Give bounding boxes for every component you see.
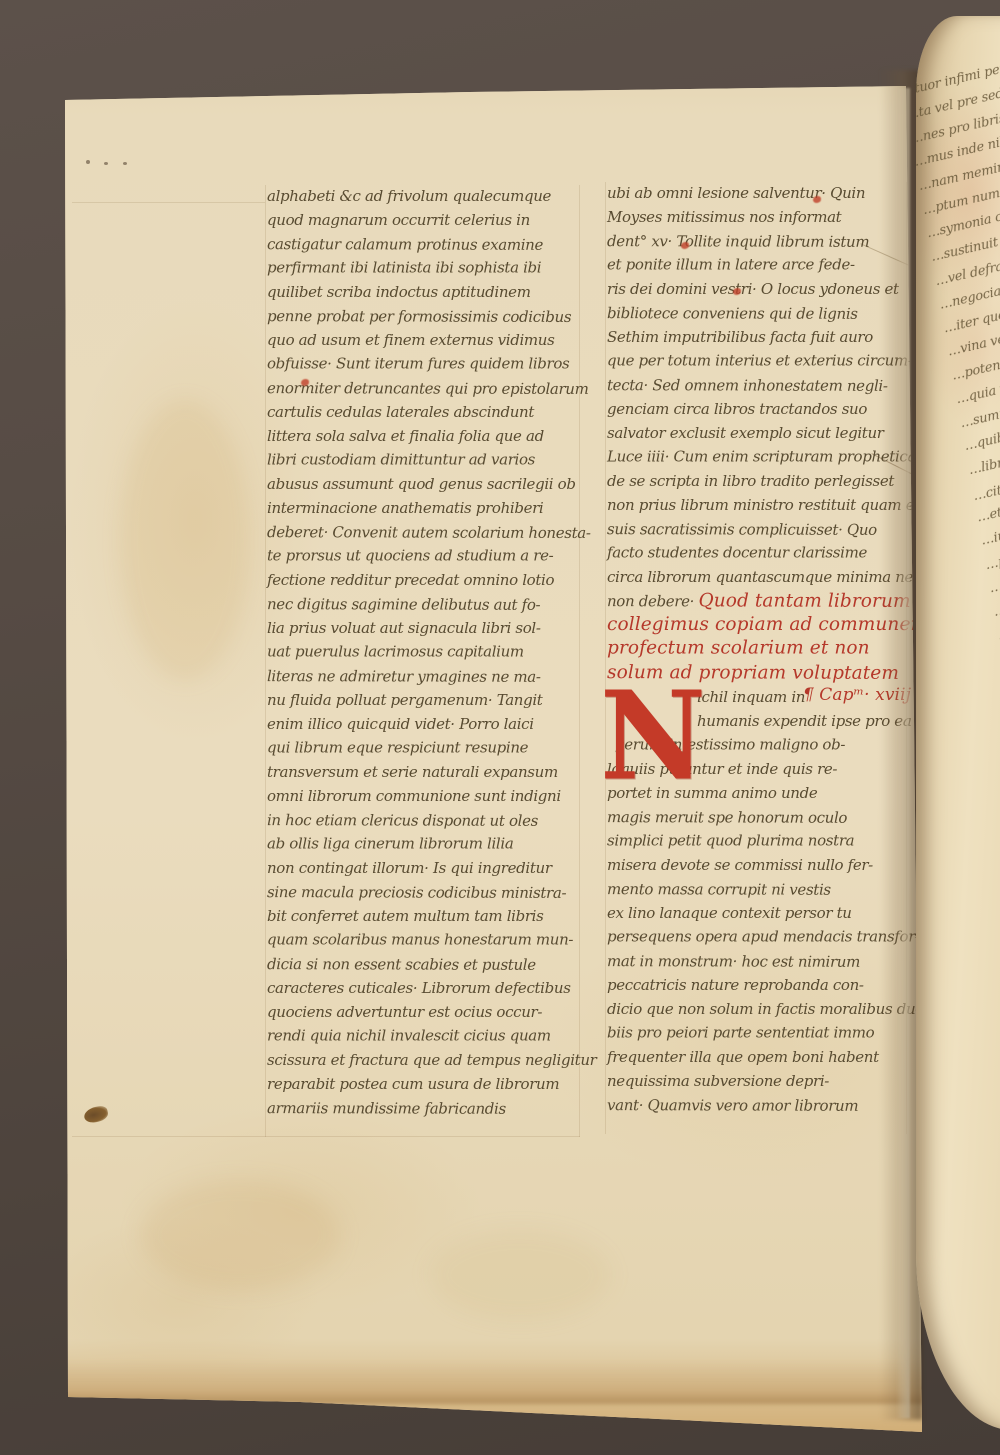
text-line: enormiter detruncantes qui pro epistolar…: [267, 376, 581, 401]
text-line: de se scripta in libro tradito perlegiss…: [607, 469, 909, 493]
manuscript-leaf: alphabeti &c ad frivolum qualecumquequod…: [0, 0, 1000, 1455]
rubric-text: profectum scolarium et non: [607, 638, 870, 659]
text-line: caracteres cuticales· Librorum defectibu…: [267, 976, 581, 1000]
text-line: cartulis cedulas laterales abscindunt: [267, 400, 581, 424]
text-line: reparabit postea cum usura de librorum: [267, 1072, 581, 1096]
text-line: lia prius voluat aut signacula libri sol…: [267, 616, 581, 640]
rubric-text: Quod tantam librorum: [698, 590, 910, 612]
text-line: non debere· Quod tantam librorum: [607, 589, 909, 614]
text-line: misera devote se commissi nullo fer-: [607, 853, 909, 877]
text-line: enim illico quicquid videt· Porro laici: [267, 712, 581, 736]
text-line: bit conferret autem multum tam libris: [267, 904, 581, 928]
next-page-text: …tuor infimi persone de……ta vel pre sedi…: [916, 16, 1000, 885]
text-line: alphabeti &c ad frivolum qualecumque: [267, 184, 581, 208]
ink-blot: [83, 1105, 110, 1125]
text-line: penne probat per formosissimis codicibus: [267, 304, 581, 329]
text-line: Sethim imputribilibus facta fuit auro: [607, 325, 909, 349]
text-line: frequenter illa que opem boni habent: [607, 1045, 909, 1069]
text-line: interminacione anathematis prohiberi: [267, 496, 581, 520]
photo-backdrop: { "colors":{ "backdrop":"#554a43", "parc…: [0, 0, 1000, 1455]
text-line: suis sacratissimis complicuisset· Quo: [607, 517, 909, 542]
ruling-line-horizontal: [72, 1136, 580, 1137]
text-line: obfuisse· Sunt iterum fures quidem libro…: [267, 352, 581, 376]
text-line: dicia si non essent scabies et pustule: [267, 952, 581, 977]
text-line: quo ad usum et finem externus vidimus: [267, 328, 581, 352]
text-line: dent° xv· Tollite inquid librum istum: [607, 229, 909, 254]
text-line: qui librum eque respiciunt resupine: [267, 736, 581, 760]
text-line: nec digitus sagimine delibutus aut fo-: [267, 592, 581, 617]
ruling-line-horizontal: [72, 202, 265, 203]
text-line: fectione redditur precedat omnino lotio: [267, 568, 581, 592]
text-line: peccatricis nature reprobanda con-: [607, 973, 909, 997]
speck: [123, 162, 127, 165]
ruling-line-vertical: [265, 185, 266, 1137]
next-page-curled: …tuor infimi persone de……ta vel pre sedi…: [916, 16, 1000, 1430]
text-line: nu fluida polluat pergamenum· Tangit: [267, 688, 581, 712]
text-line: scissura et fractura que ad tempus negli…: [267, 1048, 581, 1072]
speck: [104, 162, 108, 165]
text-line: genciam circa libros tractandos suo: [607, 397, 909, 421]
text-line: facto studentes docentur clarissime: [607, 541, 909, 565]
text-line: libri custodiam dimittuntur ad varios: [267, 448, 581, 472]
text-line: perfirmant ibi latinista ibi sophista ib…: [267, 256, 581, 280]
text-line: castigatur calamum protinus examine: [267, 232, 581, 257]
text-column-right: ubi ab omni lesione salventur· QuinMoyse…: [607, 181, 909, 1125]
parchment-stain: [120, 400, 250, 680]
text-column-left: alphabeti &c ad frivolum qualecumquequod…: [267, 184, 581, 1124]
text-line: deberet· Convenit autem scolarium honest…: [267, 520, 581, 545]
text-line: abusus assumunt quod genus sacrilegii ob: [267, 472, 581, 496]
text-line: transversum et serie naturali expansum: [267, 760, 581, 784]
text-line: bibliotece conveniens qui de lignis: [607, 301, 909, 326]
text-line: non prius librum ministro restituit quam…: [607, 493, 909, 517]
text-line: non contingat illorum· Is qui ingreditur: [267, 856, 581, 880]
text-line: uat puerulus lacrimosus capitalium: [267, 640, 581, 664]
text-line: Moyses mitissimus nos informat: [607, 205, 909, 229]
text-line: persequens opera apud mendacis transfor-: [607, 925, 909, 949]
text-line: ab ollis liga cinerum librorum lilia: [267, 832, 581, 856]
text-line: quociens advertuntur est ocius occur-: [267, 1000, 581, 1024]
text-line: nequissima subversione depri-: [607, 1069, 909, 1093]
text-line: quam scolaribus manus honestarum mun-: [267, 928, 581, 952]
text-line: profectum scolarium et non: [607, 637, 909, 661]
text-line: salvator exclusit exemplo sicut legitur: [607, 421, 909, 445]
text-line: ris dei domini vestri· O locus ydoneus e…: [607, 277, 909, 301]
text-line: circa librorum quantascumque minima negl…: [607, 565, 909, 589]
parchment-stain: [430, 1230, 610, 1320]
text-line: Luce iiii· Cum enim scripturam prophetic…: [607, 445, 909, 469]
text-line: te prorsus ut quociens ad studium a re-: [267, 544, 581, 568]
text-line: simplici petit quod plurima nostra: [607, 829, 909, 853]
ruling-line-vertical: [605, 182, 606, 1134]
text-line: collegimus copiam ad communem: [607, 613, 909, 637]
parchment-stain: [140, 1180, 340, 1290]
text-line: littera sola salva et finalia folia que …: [267, 424, 581, 448]
text-line: vant· Quamvis vero amor librorum: [607, 1093, 909, 1118]
text-line: quilibet scriba indoctus aptitudinem: [267, 280, 581, 304]
leaf-bottom-browning: [65, 1360, 925, 1404]
text-line: sine macula preciosis codicibus ministra…: [267, 880, 581, 905]
text-line: ubi ab omni lesione salventur· Quin: [607, 181, 909, 205]
text-line: et ponite illum in latere arce fede-: [607, 253, 909, 277]
text-line: in hoc etiam clericus disponat ut oles: [267, 808, 581, 833]
text-line: omni librorum communione sunt indigni: [267, 784, 581, 808]
text-line: literas ne admiretur ymagines ne ma-: [267, 664, 581, 689]
text-line: armariis mundissime fabricandis: [267, 1096, 581, 1121]
text-line: tecta· Sed omnem inhonestatem negli-: [607, 373, 909, 398]
text-line: rendi quia nichil invalescit cicius quam: [267, 1024, 581, 1048]
drop-cap-initial: N: [600, 685, 686, 811]
text-line: mento massa corrupit ni vestis: [607, 877, 909, 902]
speck: [86, 160, 90, 164]
text-line: que per totum interius et exterius circu…: [607, 349, 909, 373]
text-line: ex lino lanaque contexit persor tu: [607, 901, 909, 925]
text-line: quod magnarum occurrit celerius in: [267, 208, 581, 232]
text-line: biis pro peiori parte sententiat immo: [607, 1021, 909, 1045]
text-line: dicio que non solum in factis moralibus …: [607, 997, 909, 1021]
text-line: mat in monstrum· hoc est nimirum: [607, 949, 909, 974]
